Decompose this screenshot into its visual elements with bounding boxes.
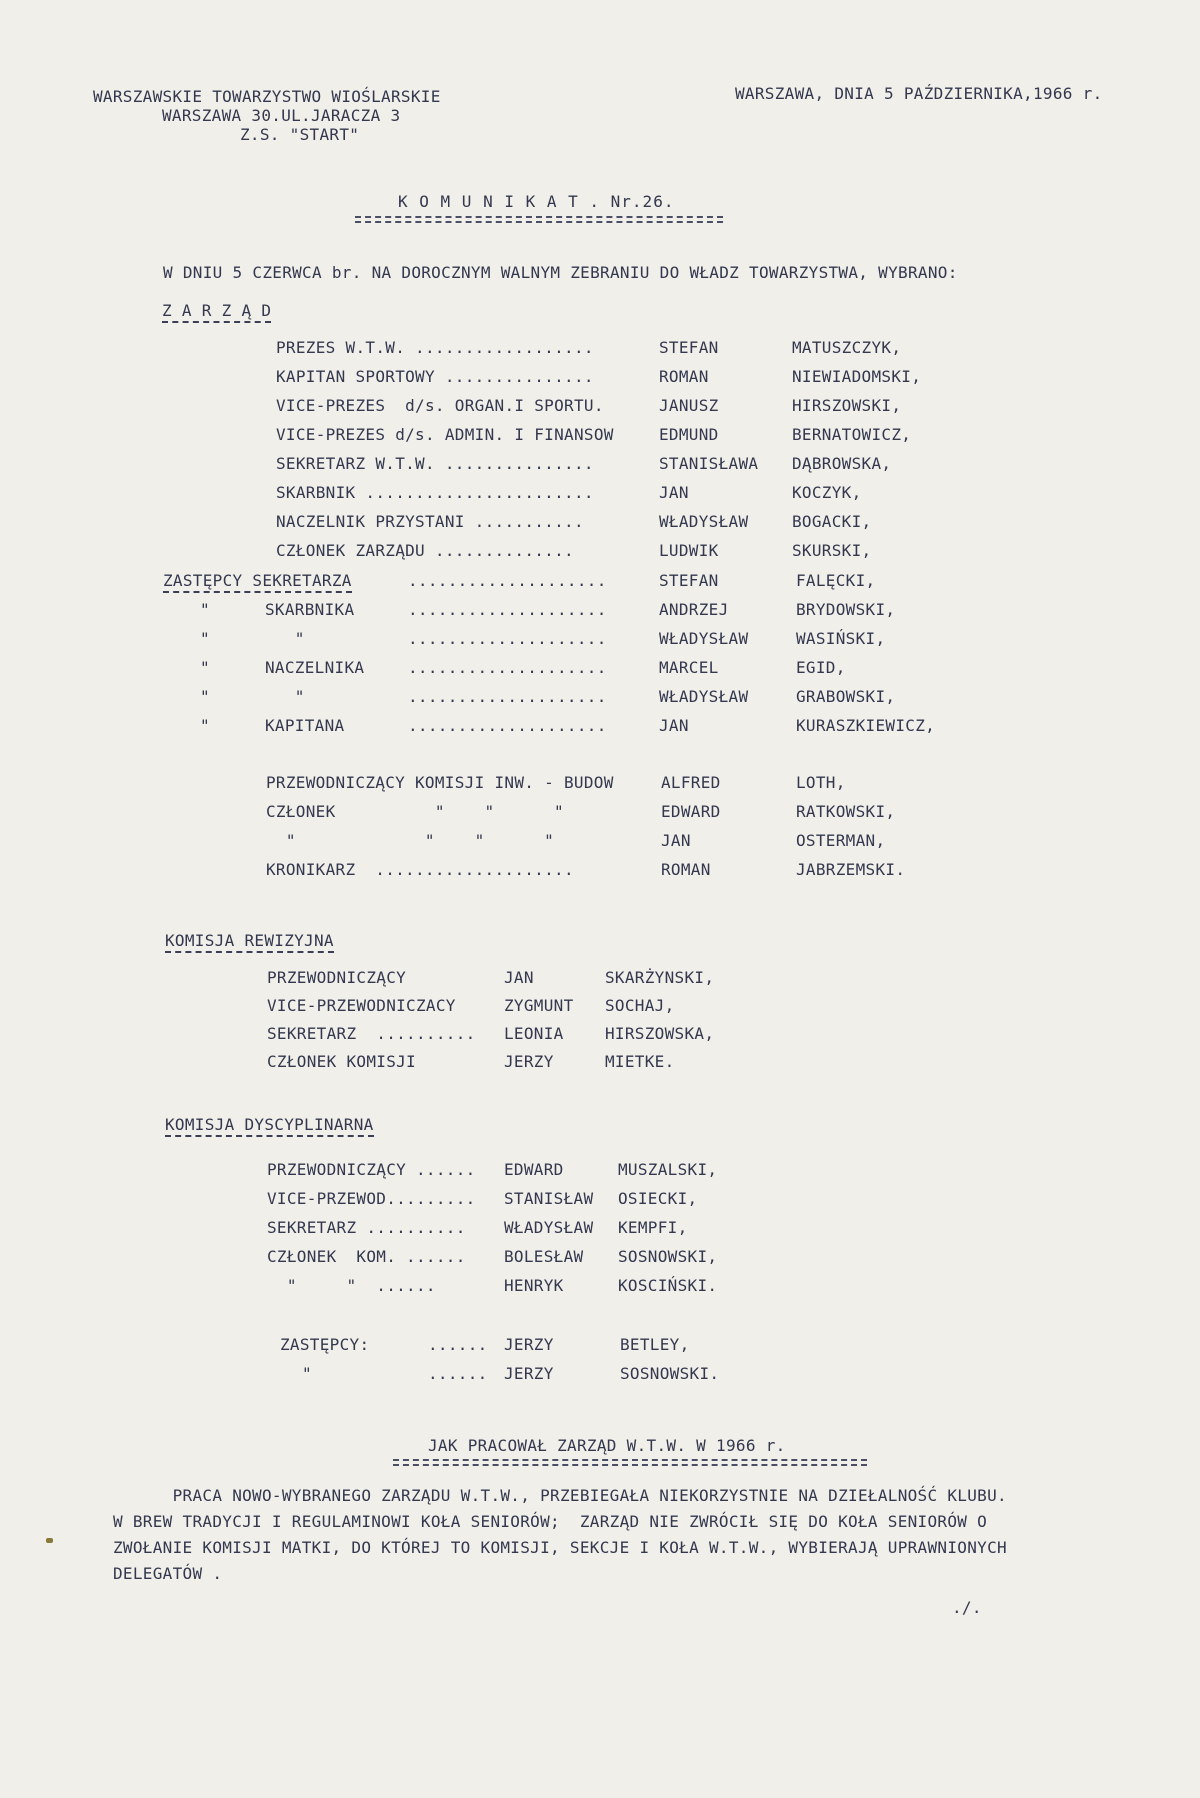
report-line: DELEGATÓW .	[113, 1564, 222, 1584]
continuation-mark: ./.	[952, 1598, 982, 1618]
row-role: PRZEWODNICZĄCY	[267, 968, 406, 988]
title-double-rule	[355, 216, 723, 218]
row-last-name: SKURSKI,	[792, 541, 871, 561]
row-last-name: OSTERMAN,	[796, 831, 885, 851]
row-last-name: DĄBROWSKA,	[792, 454, 891, 474]
section-heading-komisja-dyscyplinarna: KOMISJA DYSCYPLINARNA	[165, 1115, 374, 1137]
row-last-name: BOGACKI,	[792, 512, 871, 532]
report-line: W BREW TRADYCJI I REGULAMINOWI KOŁA SENI…	[113, 1512, 987, 1532]
row-first-name: ALFRED	[661, 773, 721, 793]
row-last-name: MUSZALSKI,	[618, 1160, 717, 1180]
document-title: K O M U N I K A T . Nr.26.	[398, 192, 674, 212]
row-role: VICE-PRZEWODNICZACY	[267, 996, 456, 1016]
row-role: PRZEWODNICZĄCY KOMISJI INW. - BUDOW	[266, 773, 614, 793]
row-last-name: KOSCIŃSKI.	[618, 1276, 717, 1296]
row-last-name: RATKOWSKI,	[796, 802, 895, 822]
row-last-name: WASIŃSKI,	[796, 629, 885, 649]
row-role: NACZELNIK PRZYSTANI ...........	[276, 512, 584, 532]
row-last-name: EGID,	[796, 658, 846, 678]
row-dots: ......	[428, 1335, 488, 1355]
row-role: CZŁONEK KOMISJI	[267, 1052, 416, 1072]
row-first-name: ANDRZEJ	[659, 600, 729, 620]
row-first-name: ROMAN	[661, 860, 711, 880]
row-first-name: JAN	[659, 483, 689, 503]
ink-spot	[46, 1538, 53, 1543]
row-role: "	[265, 687, 305, 707]
row-role: SEKRETARZ ..........	[267, 1218, 476, 1238]
row-last-name: MIETKE.	[605, 1052, 675, 1072]
row-last-name: BERNATOWICZ,	[792, 425, 911, 445]
row-role: SKARBNIK .......................	[276, 483, 594, 503]
row-role: SKARBNIKA	[265, 600, 354, 620]
section-heading-zastepcy: ZASTĘPCY SEKRETARZA	[163, 571, 352, 593]
row-last-name: GRABOWSKI,	[796, 687, 895, 707]
row-first-name: ROMAN	[659, 367, 709, 387]
row-first-name: BOLESŁAW	[504, 1247, 583, 1267]
row-role: PRZEWODNICZĄCY ......	[267, 1160, 476, 1180]
zastepcy-heading-last: FALĘCKI,	[796, 571, 875, 591]
deputies-label: ZASTĘPCY:	[280, 1335, 369, 1355]
report-double-rule	[393, 1459, 867, 1461]
row-role: CZŁONEK ZARZĄDU ..............	[276, 541, 574, 561]
row-first-name: MARCEL	[659, 658, 719, 678]
row-ditto: "	[200, 658, 210, 678]
row-ditto: "	[200, 629, 210, 649]
row-first-name: STEFAN	[659, 338, 719, 358]
row-role: KAPITAN SPORTOWY ...............	[276, 367, 594, 387]
org-address: WARSZAWA 30.UL.JARACZA 3	[162, 106, 400, 126]
row-first-name: WŁADYSŁAW	[659, 687, 748, 707]
row-first-name: JAN	[504, 968, 534, 988]
row-first-name: WŁADYSŁAW	[659, 512, 748, 532]
row-first-name: HENRYK	[504, 1276, 564, 1296]
row-role: VICE-PREZES d/s. ORGAN.I SPORTU.	[276, 396, 604, 416]
row-role: KAPITANA	[265, 716, 344, 736]
row-role: PREZES W.T.W. ..................	[276, 338, 594, 358]
row-first-name: WŁADYSŁAW	[504, 1218, 593, 1238]
row-ditto: "	[302, 1364, 312, 1384]
row-last-name: HIRSZOWSKA,	[605, 1024, 714, 1044]
row-first-name: JERZY	[504, 1364, 554, 1384]
row-last-name: KEMPFI,	[618, 1218, 688, 1238]
row-dots: ....................	[408, 629, 607, 649]
row-role: "	[265, 629, 305, 649]
row-last-name: SKARŻYNSKI,	[605, 968, 714, 988]
row-ditto: "	[200, 687, 210, 707]
report-line: ZWOŁANIE KOMISJI MATKI, DO KTÓREJ TO KOM…	[113, 1538, 1007, 1558]
row-role: SEKRETARZ ..........	[267, 1024, 476, 1044]
row-last-name: KURASZKIEWICZ,	[796, 716, 935, 736]
zastepcy-heading-first: STEFAN	[659, 571, 719, 591]
row-first-name: STANISŁAW	[504, 1189, 593, 1209]
row-first-name: LUDWIK	[659, 541, 719, 561]
row-last-name: NIEWIADOMSKI,	[792, 367, 921, 387]
report-line: PRACA NOWO-WYBRANEGO ZARZĄDU W.T.W., PRZ…	[113, 1486, 1007, 1506]
row-first-name: EDWARD	[504, 1160, 564, 1180]
intro-text: W DNIU 5 CZERWCA br. NA DOROCZNYM WALNYM…	[163, 263, 958, 283]
row-role: CZŁONEK KOM. ......	[267, 1247, 476, 1267]
row-dots: ......	[428, 1364, 488, 1384]
row-first-name: STANISŁAWA	[659, 454, 758, 474]
row-ditto: "	[200, 716, 210, 736]
row-first-name: ZYGMUNT	[504, 996, 574, 1016]
row-ditto: "	[200, 600, 210, 620]
row-role: KRONIKARZ ....................	[266, 860, 574, 880]
row-last-name: HIRSZOWSKI,	[792, 396, 901, 416]
org-name: WARSZAWSKIE TOWARZYSTWO WIOŚLARSKIE	[93, 87, 441, 107]
row-role: CZŁONEK " " "	[266, 802, 564, 822]
row-last-name: JABRZEMSKI.	[796, 860, 905, 880]
row-last-name: LOTH,	[796, 773, 846, 793]
row-first-name: EDMUND	[659, 425, 719, 445]
row-last-name: SOCHAJ,	[605, 996, 675, 1016]
row-first-name: EDWARD	[661, 802, 721, 822]
document-date: WARSZAWA, DNIA 5 PAŹDZIERNIKA,1966 r.	[735, 84, 1103, 104]
row-first-name: JERZY	[504, 1335, 554, 1355]
row-dots: ....................	[408, 658, 607, 678]
row-first-name: LEONIA	[504, 1024, 564, 1044]
row-first-name: JANUSZ	[659, 396, 719, 416]
row-first-name: JERZY	[504, 1052, 554, 1072]
row-last-name: SOSNOWSKI,	[618, 1247, 717, 1267]
row-first-name: JAN	[661, 831, 691, 851]
row-first-name: JAN	[659, 716, 689, 736]
row-dots: ....................	[408, 600, 607, 620]
row-role: " " ......	[267, 1276, 446, 1296]
row-last-name: SOSNOWSKI.	[620, 1364, 719, 1384]
report-heading: JAK PRACOWAŁ ZARZĄD W.T.W. W 1966 r.	[428, 1436, 786, 1456]
row-last-name: BETLEY,	[620, 1335, 690, 1355]
row-dots: ....................	[408, 716, 607, 736]
row-role: " " " "	[266, 831, 554, 851]
zastepcy-heading-dots: ....................	[408, 571, 607, 591]
row-role: NACZELNIKA	[265, 658, 364, 678]
section-heading-zarzad: Z A R Z Ą D	[162, 301, 271, 323]
section-heading-komisja-rewizyjna: KOMISJA REWIZYJNA	[165, 931, 334, 953]
row-last-name: KOCZYK,	[792, 483, 862, 503]
row-last-name: OSIECKI,	[618, 1189, 697, 1209]
org-club: Z.S. "START"	[240, 125, 359, 145]
row-dots: ....................	[408, 687, 607, 707]
row-last-name: BRYDOWSKI,	[796, 600, 895, 620]
row-last-name: MATUSZCZYK,	[792, 338, 901, 358]
row-role: VICE-PRZEWOD.........	[267, 1189, 476, 1209]
row-role: SEKRETARZ W.T.W. ...............	[276, 454, 594, 474]
row-role: VICE-PREZES d/s. ADMIN. I FINANSOW	[276, 425, 614, 445]
row-first-name: WŁADYSŁAW	[659, 629, 748, 649]
